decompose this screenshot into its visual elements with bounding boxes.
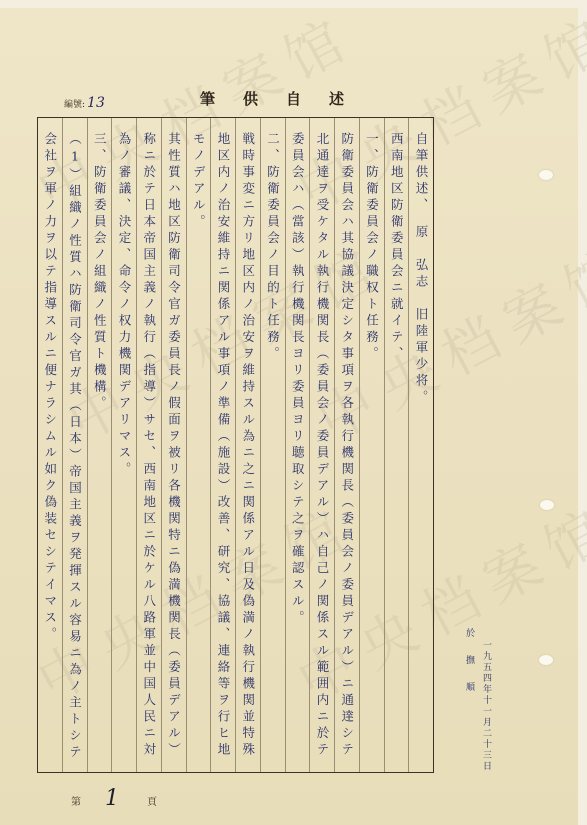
text-column: 地区内ノ治安維持ニ関係アル事項ノ準備（施設）改善、研究、協議、連絡等ヲ行ヒ地区内…	[210, 118, 235, 772]
text-column: 会社ヲ軍ノ力ヲ以テ指導スルニ便ナラシムル如ク偽装セシテイマス。	[38, 118, 62, 772]
page-number: 1	[105, 786, 119, 811]
text-column: 防衛委員会ハ其協議決定シタ事項ヲ各執行機関長（委員会ノ委員デアル）ニ通達シテ之カ…	[334, 118, 359, 772]
text-column: 北通達ヲ受ケタル執行機関長（委員会ノ委員デアル）ハ自己ノ関係スル範囲内ニ於テ之ヲ…	[309, 118, 334, 772]
text-column: 三、防衛委員会ノ組織ノ性質ト機構。	[87, 118, 112, 772]
signature-date: 一九五四年十一月二十三日	[480, 640, 493, 772]
text-column: 戦時事変ニ方リ地区内ノ治安ヲ維持スル為ニ之ニ関係アル日及偽満ノ執行機関並特殊会社…	[235, 118, 260, 772]
punch-hole	[539, 655, 553, 665]
text-column: 委員会ハ（當該）執行機関長ヨリ委員ヨリ聴取シテ之ヲ確認スル。	[285, 118, 310, 772]
serial-value: 13	[87, 95, 105, 111]
punch-hole	[540, 500, 554, 510]
text-column: 称ニ於テ日本帝国主義ノ執行（指導）サセ、西南地区ニ於ケル八路軍並中国人民ニ対シ「…	[136, 118, 161, 772]
text-column: 自筆供述、 原 弘志 旧陸軍少将。	[408, 118, 433, 772]
text-column: モノデアル。	[186, 118, 211, 772]
text-column: 西南地区防衛委員会ニ就イテ、	[384, 118, 409, 772]
text-column: 一、防衛委員会ノ職权ト任務。	[359, 118, 384, 772]
document-title: 筆供自述	[200, 88, 372, 109]
page-footer: 第 1 頁	[71, 786, 157, 811]
footer-suffix: 頁	[147, 793, 157, 808]
scan-top-margin	[0, 0, 587, 8]
footer-prefix: 第	[71, 793, 81, 808]
manuscript-grid: 自筆供述、 原 弘志 旧陸軍少将。 西南地区防衛委員会ニ就イテ、 一、防衛委員会…	[37, 117, 434, 773]
text-column: 其性質ハ地区防衛司令官ガ委員長ノ假面ヲ被リ各機関特ニ偽満機関長（委員デアル）ヲシ…	[161, 118, 186, 772]
text-column: 為ノ審議、決定、命令ノ权力機関デアリマス。	[111, 118, 136, 772]
signature-place: 於撫順	[463, 628, 476, 709]
serial-label: 編號:	[64, 100, 85, 110]
scan-right-margin	[578, 0, 587, 825]
punch-hole	[539, 170, 553, 180]
text-column: （1）組織ノ性質ハ防衛司令官ガ其（日本）帝国主義ヲ発揮スル容易ニ為ノ主トシテ日本…	[62, 118, 87, 772]
text-column: 二、防衛委員会ノ目的ト任務。	[260, 118, 285, 772]
serial-number-field: 編號:13	[64, 95, 105, 111]
